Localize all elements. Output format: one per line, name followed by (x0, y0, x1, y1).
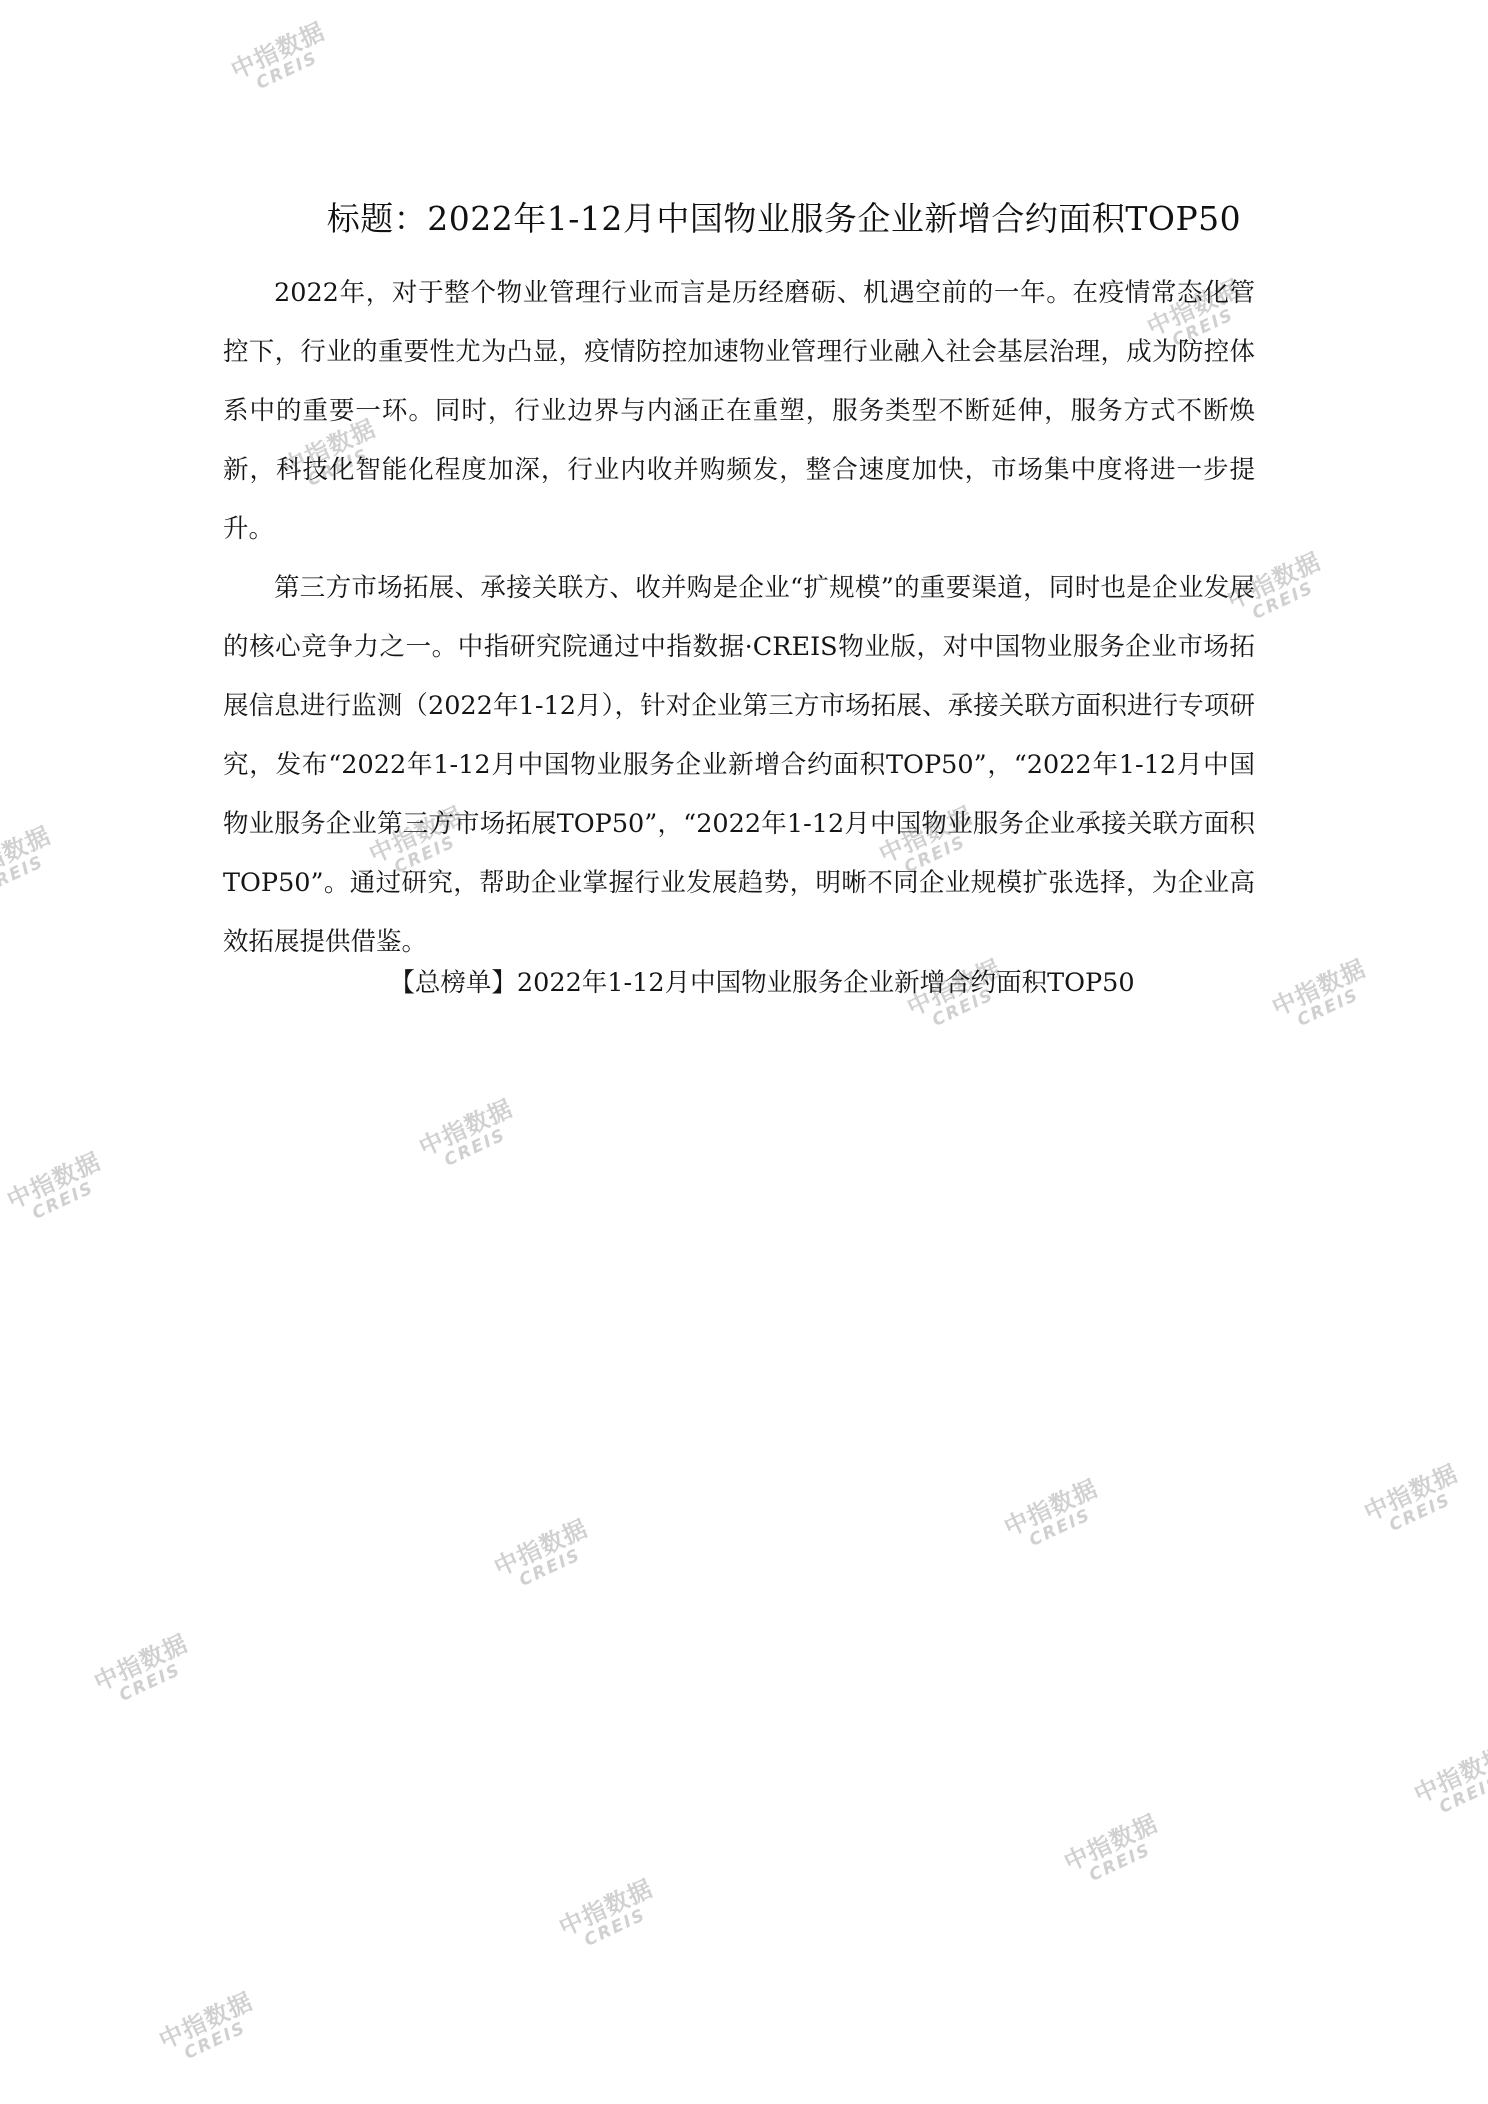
watermark-en: CREIS (239, 42, 337, 100)
watermark-cn: 中指数据 (228, 19, 329, 83)
watermark: 中指数据 CREIS (0, 823, 62, 904)
watermark: 中指数据 CREIS (491, 1516, 600, 1597)
watermark: 中指数据 CREIS (556, 1876, 665, 1957)
paragraph-intro: 2022年，对于整个物业管理行业而言是历经磨砺、机遇空前的一年。在疫情常态化管控… (223, 264, 1255, 559)
watermark: 中指数据 CREIS (416, 1096, 525, 1177)
watermark: 中指数据 CREIS (1001, 1476, 1110, 1557)
paragraph-research: 第三方市场拓展、承接关联方、收并购是企业“扩规模”的重要渠道，同时也是企业发展的… (223, 559, 1255, 972)
watermark: 中指数据 CREIS (1411, 1743, 1488, 1824)
document-title: 标题：2022年1-12月中国物业服务企业新增合约面积TOP50 (0, 194, 1488, 244)
watermark: 中指数据 CREIS (4, 1149, 113, 1230)
section-heading: 【总榜单】2022年1-12月中国物业服务企业新增合约面积TOP50 (0, 963, 1488, 1003)
watermark: 中指数据 CREIS (228, 19, 337, 100)
watermark: 中指数据 CREIS (1061, 1811, 1170, 1892)
watermark: 中指数据 CREIS (156, 1989, 265, 2070)
document-body: 2022年，对于整个物业管理行业而言是历经磨砺、机遇空前的一年。在疫情常态化管控… (223, 264, 1255, 972)
document-page: 中指数据 CREIS 中指数据 CREIS 中指数据 CREIS 中指数据 CR… (0, 0, 1488, 2104)
watermark: 中指数据 CREIS (91, 1631, 200, 1712)
watermark: 中指数据 CREIS (1361, 1461, 1470, 1542)
